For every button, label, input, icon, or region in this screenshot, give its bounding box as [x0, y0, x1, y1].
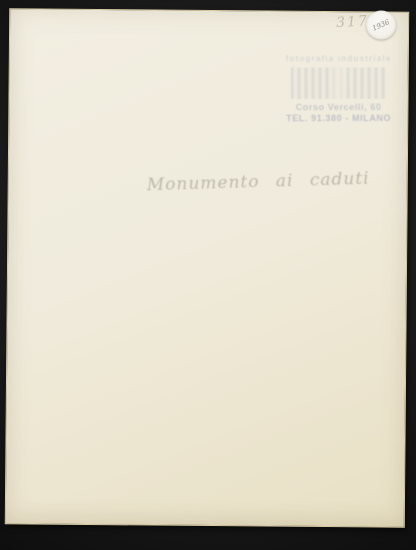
- stamp-phone: TEL. 91.380 - MILANO: [280, 113, 398, 123]
- photo-back-card: 317 1936 fotografia industriale Corso Ve…: [5, 8, 409, 527]
- pencil-caption: Monumento ai caduti: [147, 168, 397, 195]
- studio-ink-stamp: fotografia industriale Corso Vercelli, 6…: [280, 54, 398, 123]
- stamp-studio-name: fotografia industriale: [280, 54, 398, 63]
- photo-back-scene: 317 1936 fotografia industriale Corso Ve…: [0, 0, 416, 550]
- pencil-catalog-number: 317: [336, 13, 370, 31]
- stamp-logo-icon: [291, 67, 387, 99]
- round-archive-sticker: 1936: [366, 10, 396, 39]
- stamp-address: Corso Vercelli, 60: [280, 102, 398, 112]
- sticker-number: 1936: [371, 18, 391, 32]
